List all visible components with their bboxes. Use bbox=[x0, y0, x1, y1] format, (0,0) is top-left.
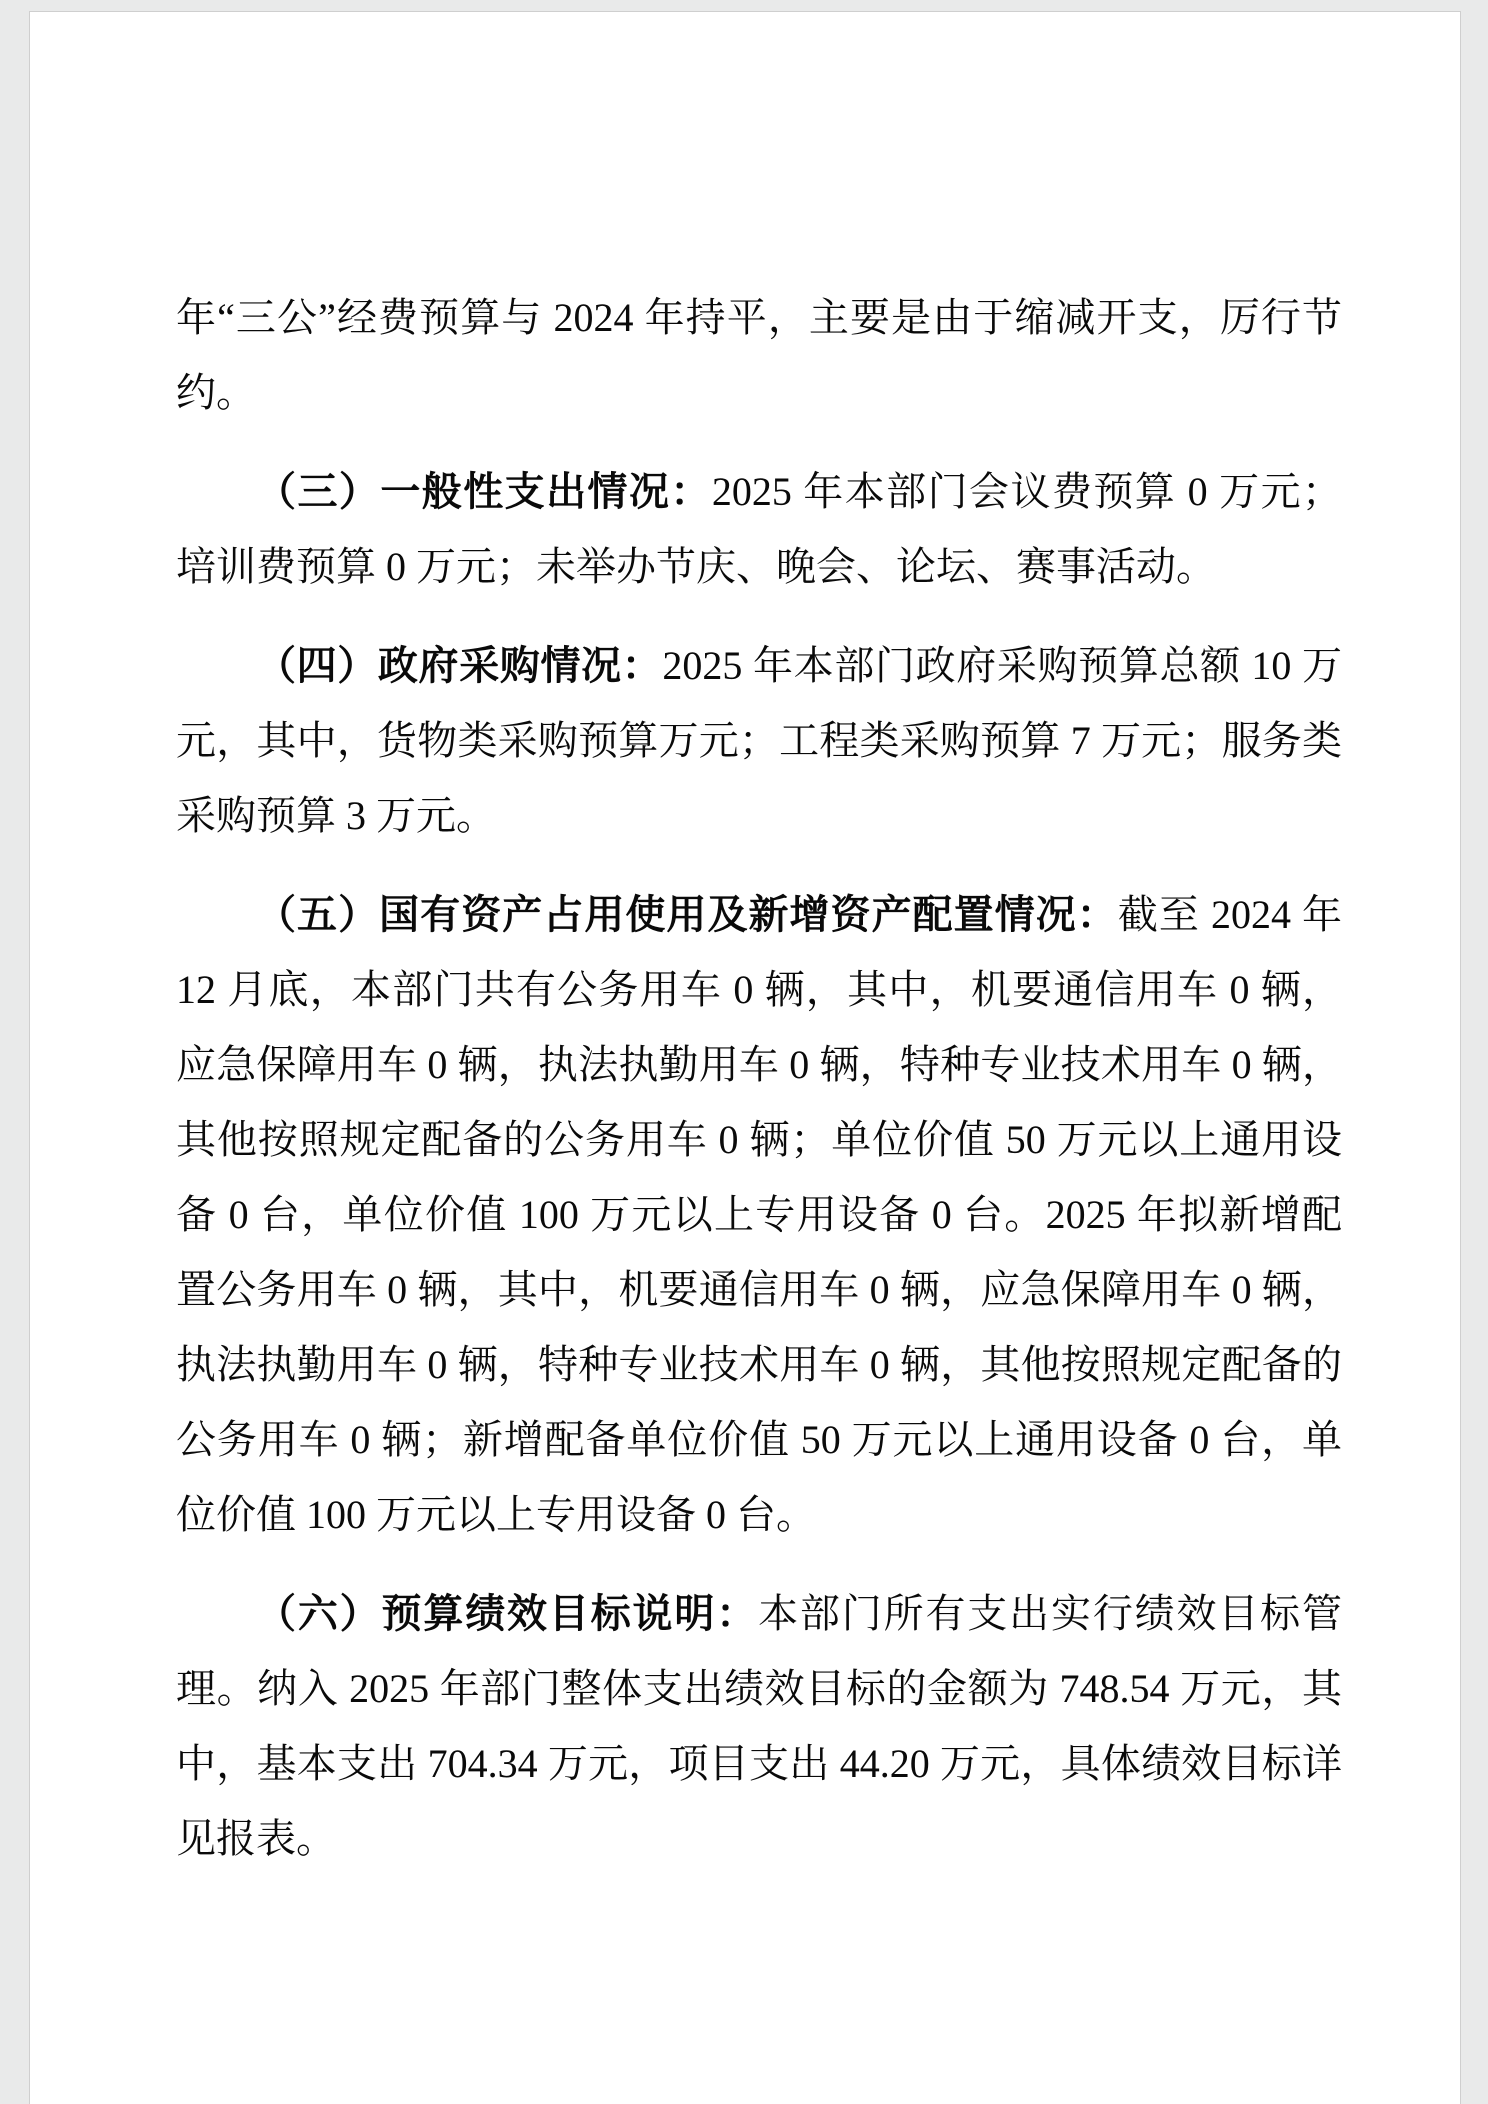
paragraph-sangong-continuation: 年“三公”经费预算与 2024 年持平，主要是由于缩减开支，厉行节约。 bbox=[176, 280, 1342, 430]
paragraph-text: 截至 2024 年 12 月底，本部门共有公务用车 0 辆，其中，机要通信用车 … bbox=[176, 892, 1342, 1537]
paragraph-performance-targets: （六）预算绩效目标说明：本部门所有支出实行绩效目标管理。纳入 2025 年部门整… bbox=[176, 1576, 1342, 1876]
paragraph-state-assets: （五）国有资产占用使用及新增资产配置情况：截至 2024 年 12 月底，本部门… bbox=[176, 877, 1342, 1552]
section-heading: （四）政府采购情况： bbox=[256, 643, 662, 688]
paragraph-gov-procurement: （四）政府采购情况：2025 年本部门政府采购预算总额 10 万元，其中，货物类… bbox=[176, 628, 1342, 853]
document-body: 年“三公”经费预算与 2024 年持平，主要是由于缩减开支，厉行节约。 （三）一… bbox=[176, 280, 1342, 1876]
viewer-background: { "page": { "background_color": "#e9eaea… bbox=[0, 0, 1488, 2104]
document-page: 年“三公”经费预算与 2024 年持平，主要是由于缩减开支，厉行节约。 （三）一… bbox=[29, 11, 1461, 2104]
section-heading: （六）预算绩效目标说明： bbox=[256, 1591, 758, 1636]
paragraph-text: 年“三公”经费预算与 2024 年持平，主要是由于缩减开支，厉行节约。 bbox=[176, 295, 1342, 415]
paragraph-general-expenditure: （三）一般性支出情况：2025 年本部门会议费预算 0 万元；培训费预算 0 万… bbox=[176, 454, 1342, 604]
section-heading: （五）国有资产占用使用及新增资产配置情况： bbox=[256, 892, 1118, 937]
section-heading: （三）一般性支出情况： bbox=[256, 469, 712, 514]
